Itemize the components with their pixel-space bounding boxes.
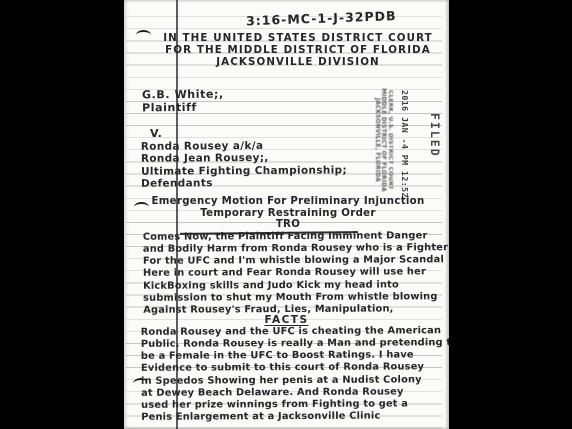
- paragraph2-line-8: Penis Enlargement at a Jacksonville Clin…: [141, 410, 449, 424]
- motion-title-line-1: Emergency Motion For Preliminary Injunct…: [140, 196, 436, 208]
- court-heading-line-2: FOR THE MIDDLE DISTRICT OF FLORIDA: [152, 44, 444, 56]
- defendants-label: Defendants: [141, 176, 347, 190]
- scanned-notebook-page: 3:16-MC-1-J-32PDB IN THE UNITED STATES D…: [124, 0, 449, 429]
- defendant-name-3: Ultimate Fighting Championship;: [141, 164, 347, 178]
- body-paragraph-1: Comes Now, the Plaintiff Facing Imminent…: [143, 230, 449, 317]
- case-number: 3:16-MC-1-J-32PDB: [246, 7, 436, 29]
- court-heading: IN THE UNITED STATES DISTRICT COURT FOR …: [152, 32, 444, 69]
- filed-stamp-datetime: 2016 JAN -4 PM 12:52: [400, 90, 410, 190]
- versus-marker: V.: [150, 127, 162, 140]
- plaintiff-name: G.B. White;,: [142, 89, 224, 102]
- body-paragraph-2: Ronda Rousey and the UFC is cheating the…: [141, 325, 449, 424]
- paragraph1-line-6: submission to shut my Mouth From whistle…: [143, 291, 448, 305]
- paragraph2-line-4: Evidence to submit to this court of Rond…: [141, 362, 449, 376]
- facts-heading: FACTS: [124, 314, 449, 326]
- clerk-stamp-line-3: JACKSONVILLE, FLORIDA: [373, 88, 380, 192]
- paragraph1-line-4: Here in court and Fear Ronda Rousey will…: [143, 267, 448, 281]
- plaintiff-label: Plaintiff: [142, 101, 224, 114]
- clerk-stamp-line-2: MIDDLE DISTRICT OF FLORIDA: [380, 88, 387, 192]
- clerk-stamp: CLERK, U.S. DISTRICT COURT MIDDLE DISTRI…: [371, 88, 393, 192]
- clerk-stamp-line-1: CLERK, U.S. DISTRICT COURT: [386, 88, 393, 192]
- defendants-block: Ronda Rousey a/k/a Ronda Jean Rousey;, U…: [141, 139, 347, 190]
- motion-title-line-3: TRO: [140, 219, 436, 231]
- court-heading-line-1: IN THE UNITED STATES DISTRICT COURT: [152, 32, 444, 44]
- court-heading-line-3: JACKSONVILLE DIVISION: [152, 56, 444, 68]
- motion-title: Emergency Motion For Preliminary Injunct…: [140, 196, 436, 231]
- plaintiff-block: G.B. White;, Plaintiff: [142, 89, 224, 115]
- margin-arc-mark: [136, 30, 151, 40]
- filed-stamp: FILED: [430, 113, 442, 157]
- paragraph2-line-7: used her prize winnings from Fighting to…: [141, 398, 449, 412]
- motion-title-line-2: Temporary Restraining Order: [140, 208, 436, 220]
- screenshot-root: { "case_number": "3:16-MC-1-J-32PDB", "c…: [0, 0, 572, 429]
